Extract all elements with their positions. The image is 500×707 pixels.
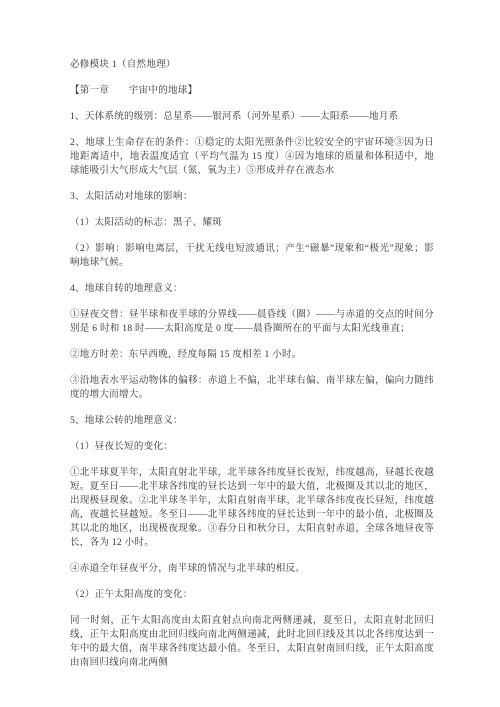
- para-rotation-deflection: ③沿地表水平运动物体的偏移：赤道上不偏，北半球右偏、南半球左偏，偏向力随纬度的增…: [70, 374, 434, 402]
- document-page: 必修模块 1（自然地理） 【第一章 宇宙中的地球】 1、天体系统的级别：总星系—…: [0, 0, 500, 707]
- para-solar-activity-effects: （2）影响：影响电离层，干扰无线电短波通讯；产生“磁暴”现象和“极光”现象；影响…: [70, 242, 434, 270]
- para-noon-sun-details: 同一时刻，正午太阳高度由太阳直射点向南北两侧递减，夏至日，太阳直射北回归线，正午…: [70, 614, 434, 670]
- para-rotation-local-time: ②地方时差：东早西晚，经度每隔 15 度相差 1 小时。: [70, 348, 434, 362]
- para-revolution-heading: 5、地球公转的地理意义：: [70, 414, 434, 428]
- para-equator-daynight: ④赤道全年昼夜平分，南半球的情况与北半球的相反。: [70, 562, 434, 576]
- para-daylength-details: ①北半球夏半年，太阳直射北半球，北半球各纬度昼长夜短，纬度越高，昼越长夜越短。夏…: [70, 466, 434, 550]
- document-content: 必修模块 1（自然地理） 【第一章 宇宙中的地球】 1、天体系统的级别：总星系—…: [70, 58, 434, 670]
- module-title: 必修模块 1（自然地理）: [70, 58, 434, 72]
- para-celestial-systems: 1、天体系统的级别：总星系——银河系（河外星系）——太阳系——地月系: [70, 110, 434, 124]
- para-life-conditions: 2、地球上生命存在的条件：①稳定的太阳光照条件②比较安全的宇宙环境③因为日地距离…: [70, 136, 434, 178]
- chapter-heading: 【第一章 宇宙中的地球】: [70, 84, 434, 98]
- para-rotation-day-night: ①昼夜交替：昼半球和夜半球的分界线——晨昏线（圈）——与赤道的交点的时间分别是 …: [70, 308, 434, 336]
- para-daylength-subheading: （1）昼夜长短的变化：: [70, 440, 434, 454]
- para-solar-activity-heading: 3、太阳活动对地球的影响：: [70, 190, 434, 204]
- para-noon-sun-subheading: （2）正午太阳高度的变化：: [70, 588, 434, 602]
- para-rotation-heading: 4、地球自转的地理意义：: [70, 282, 434, 296]
- para-solar-activity-signs: （1）太阳活动的标志：黑子、耀斑: [70, 216, 434, 230]
